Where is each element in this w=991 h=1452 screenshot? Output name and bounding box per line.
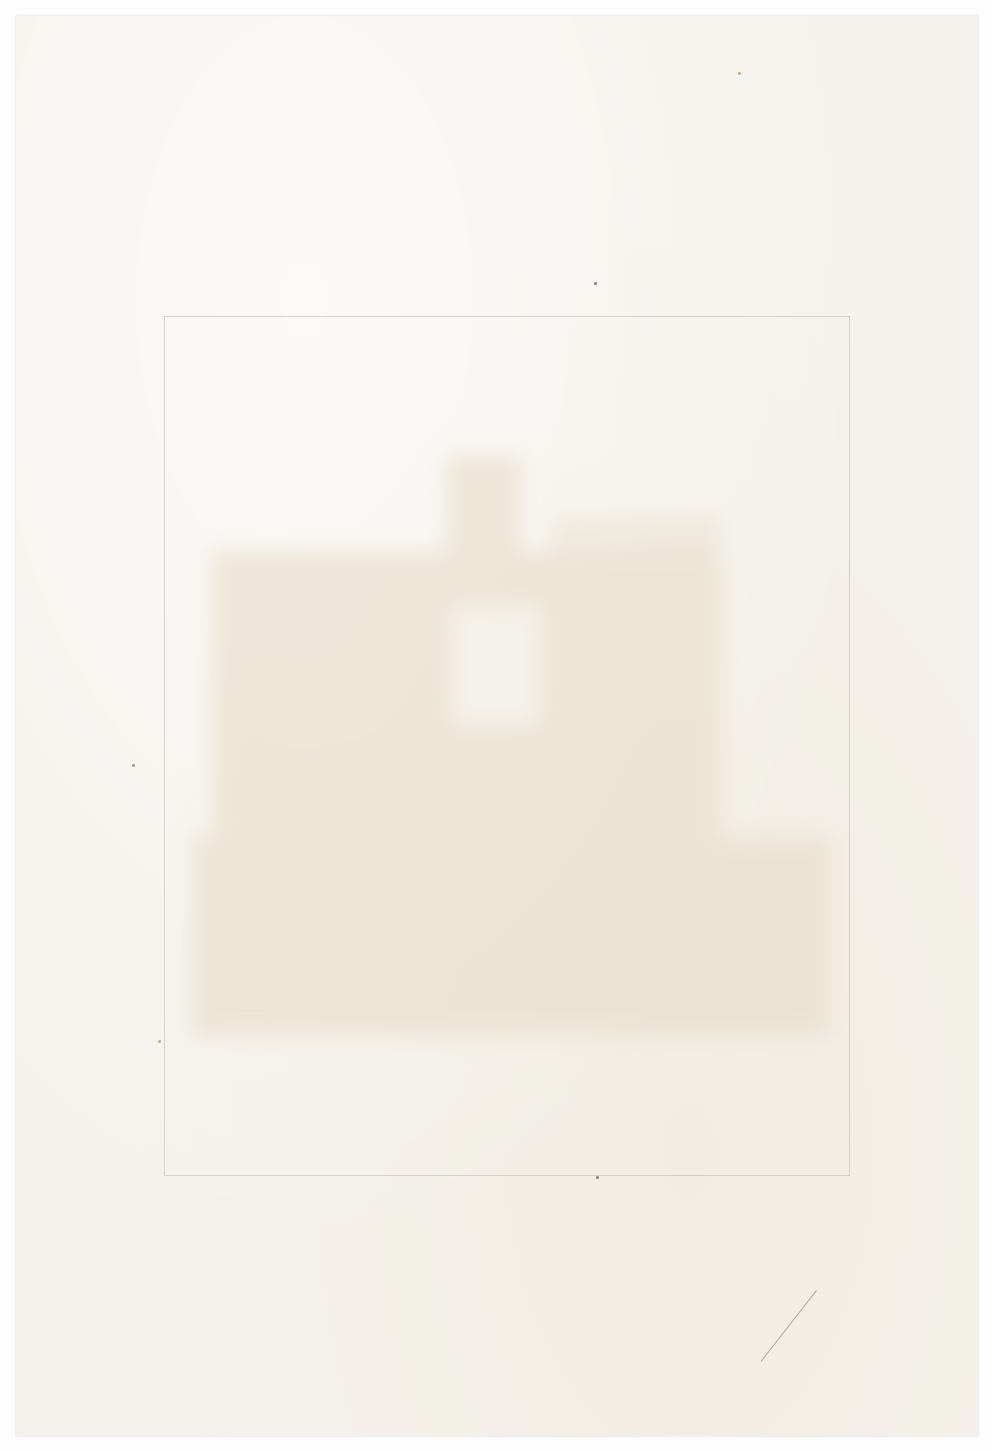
foxing-spot xyxy=(158,1040,161,1043)
scanner-background xyxy=(0,0,991,1452)
show-through-light-patch xyxy=(451,606,541,726)
paper-sheet xyxy=(16,16,978,1436)
paper-scratch xyxy=(761,1290,817,1362)
show-through-right-wing xyxy=(551,516,721,636)
foxing-spot xyxy=(132,764,135,767)
show-through-foreground xyxy=(191,836,831,1036)
foxing-spot xyxy=(738,72,741,75)
foxing-spot xyxy=(594,282,597,285)
engraving-show-through xyxy=(191,456,831,1036)
foxing-spot xyxy=(596,1176,599,1179)
